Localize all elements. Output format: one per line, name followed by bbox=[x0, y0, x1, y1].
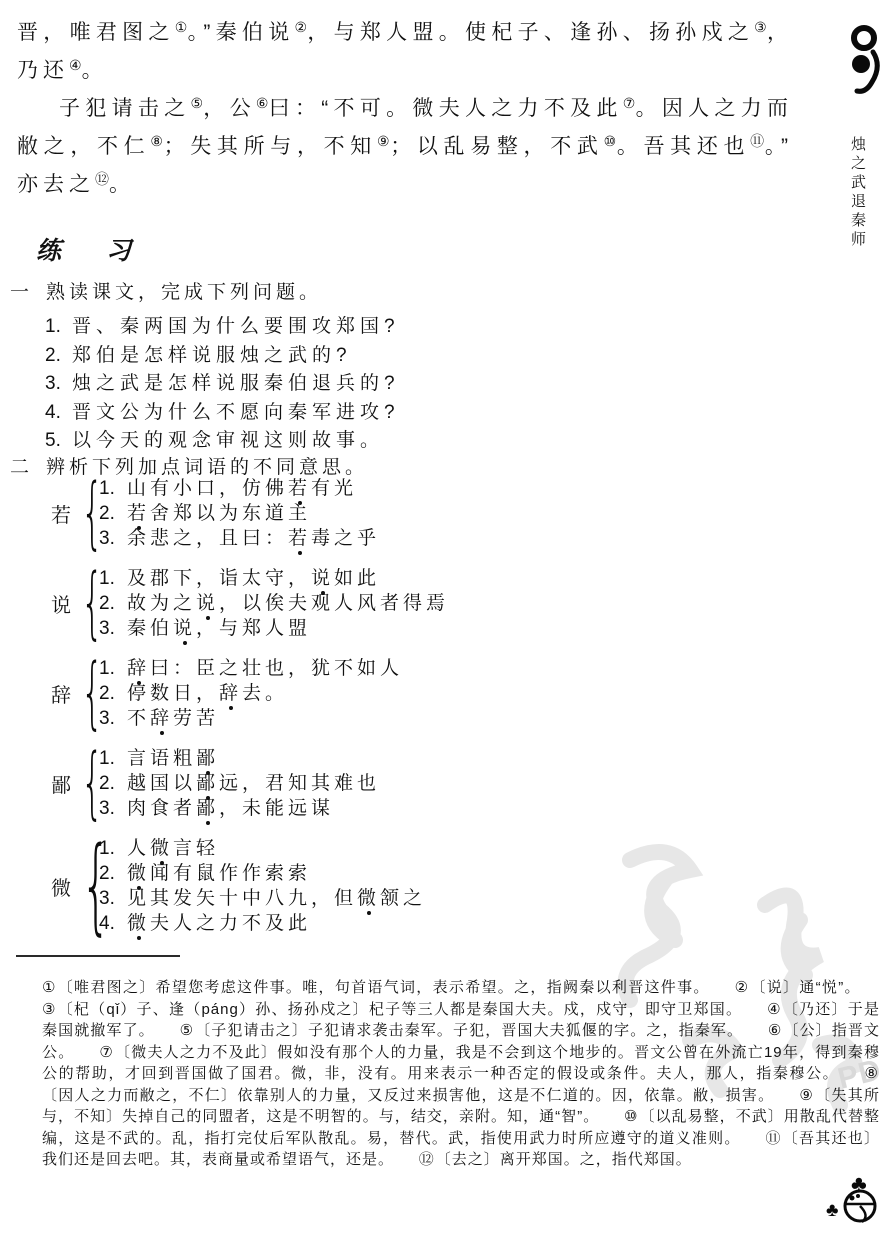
footnote-text: 〔子犯请击之〕子犯请求袭击秦军。子犯，晋国大夫狐偃的字。之，指秦军。 bbox=[195, 1022, 743, 1039]
group-item: 1. 人微言轻 bbox=[99, 836, 426, 861]
group-key-character: 若 bbox=[51, 499, 75, 528]
group-items: 1. 山有小口，仿佛若有光 2. 若舍郑以为东道主 3. 余悲之，且曰：若毒之乎 bbox=[97, 476, 380, 551]
group-key-character: 微 bbox=[51, 872, 75, 901]
word-group: 微 { 1. 人微言轻 2. 微闻有鼠作作索索 3. 见其发矢十中八九，但微颔之… bbox=[51, 836, 449, 936]
question-1-items: 1. 晋、秦两国为什么要围攻郑国? 2. 郑伯是怎样说服烛之武的? 3. 烛之武… bbox=[45, 313, 400, 456]
left-brace: { bbox=[81, 478, 91, 548]
exercise-item: 2. 郑伯是怎样说服烛之武的? bbox=[45, 342, 400, 371]
item-text: 晋文公为什么不愿向秦军进攻? bbox=[72, 399, 400, 428]
footnote-text: 〔微夫人之力不及此〕假如没有那个人的力量，我是不会到这个地步的。晋文公曾在外流亡… bbox=[42, 1044, 880, 1083]
group-items: 1. 及郡下，诣太守，说如此 2. 故为之说，以俟夫观人风者得焉 3. 秦伯说，… bbox=[97, 566, 449, 641]
club-icon: ♣ bbox=[826, 1200, 838, 1221]
exercise-item: 4. 晋文公为什么不愿向秦军进攻? bbox=[45, 399, 400, 428]
annotation-number: ⑫ bbox=[95, 171, 109, 187]
footnote-separator bbox=[16, 955, 180, 957]
exercise-item: 5. 以今天的观念审视这则故事。 bbox=[45, 427, 400, 456]
footnote-text: 〔因人之力而敝之，不仁〕依靠别人的力量，又反过来损害他，这是不仁道的。因，依靠。… bbox=[42, 1087, 774, 1104]
footnote-number: ⑫ bbox=[419, 1151, 435, 1168]
item-text: 余悲之，且曰：若毒之乎 bbox=[127, 526, 380, 551]
item-text: 及郡下，诣太守，说如此 bbox=[127, 566, 380, 591]
group-item: 3. 见其发矢十中八九，但微颔之 bbox=[99, 886, 426, 911]
emphasized-character: 鄙 bbox=[196, 796, 219, 821]
classical-paragraph-1: 晋，唯君图之①。”秦伯说②，与郑人盟。使杞子、逢孙、扬孙戍之③，乃还④。 bbox=[17, 14, 793, 90]
footnote-entry: ⑫〔去之〕离开郑国。之，指代郑国。 bbox=[419, 1151, 692, 1168]
footnote-number: ④ bbox=[767, 1001, 782, 1018]
group-key-character: 辞 bbox=[51, 679, 75, 708]
footnote-text: 〔说〕通“悦”。 bbox=[750, 979, 860, 996]
footnote-number: ② bbox=[735, 979, 750, 996]
footnotes: ①〔唯君图之〕希望您考虑这件事。唯，句首语气词，表示希望。之，指阙秦以利晋这件事… bbox=[42, 977, 880, 1171]
group-item: 1. 言语粗鄙 bbox=[99, 746, 380, 771]
footnote-number: ⑤ bbox=[180, 1022, 195, 1039]
group-item: 3. 不辞劳苦 bbox=[99, 706, 403, 731]
emphasized-character: 说 bbox=[196, 591, 219, 616]
group-item: 1. 山有小口，仿佛若有光 bbox=[99, 476, 380, 501]
calligraphy-ornament bbox=[845, 24, 883, 98]
emphasized-character: 微 bbox=[127, 861, 150, 886]
emphasized-character: 辞 bbox=[219, 681, 242, 706]
footnote-number: ⑪ bbox=[766, 1130, 782, 1147]
footnote-number: ① bbox=[42, 979, 57, 996]
word-comparison-groups: 若 { 1. 山有小口，仿佛若有光 2. 若舍郑以为东道主 3. 余悲之，且曰：… bbox=[51, 476, 449, 951]
item-text: 不辞劳苦 bbox=[127, 706, 219, 731]
emphasized-character: 说 bbox=[173, 616, 196, 641]
left-brace: { bbox=[81, 658, 91, 728]
emphasized-character: 辞 bbox=[127, 656, 150, 681]
group-item: 1. 辞曰：臣之壮也，犹不如人 bbox=[99, 656, 403, 681]
publisher-stamp: ♣ ♣ bbox=[824, 1174, 886, 1228]
group-item: 2. 停数日，辞去。 bbox=[99, 681, 403, 706]
footnote-number: ⑩ bbox=[624, 1108, 638, 1125]
annotation-number: ② bbox=[294, 19, 307, 35]
group-item: 1. 及郡下，诣太守，说如此 bbox=[99, 566, 449, 591]
footnote-number: ③ bbox=[42, 1001, 57, 1018]
group-item: 2. 越国以鄙远，君知其难也 bbox=[99, 771, 380, 796]
item-number: 4. bbox=[45, 399, 72, 428]
footnote-number: ⑧ bbox=[865, 1065, 879, 1082]
item-text: 晋、秦两国为什么要围攻郑国? bbox=[72, 313, 400, 342]
word-group: 辞 { 1. 辞曰：臣之壮也，犹不如人 2. 停数日，辞去。 3. 不辞劳苦 bbox=[51, 656, 449, 731]
emphasized-character: 说 bbox=[311, 566, 334, 591]
footnote-text: 〔杞（qǐ）子、逢（páng）孙、扬孙戍之〕杞子等三人都是秦国大夫。戍，戍守，即… bbox=[58, 1001, 743, 1018]
item-text: 见其发矢十中八九，但微颔之 bbox=[127, 886, 426, 911]
annotation-number: ⑪ bbox=[750, 133, 765, 149]
item-text: 肉食者鄙，未能远谋 bbox=[127, 796, 334, 821]
question-marker: 一 bbox=[10, 281, 46, 305]
group-item: 2. 微闻有鼠作作索索 bbox=[99, 861, 426, 886]
item-number: 5. bbox=[45, 427, 72, 456]
annotation-number: ⑧ bbox=[150, 133, 163, 149]
emphasized-character: 微 bbox=[357, 886, 380, 911]
group-key-character: 鄙 bbox=[51, 769, 75, 798]
group-items: 1. 辞曰：臣之壮也，犹不如人 2. 停数日，辞去。 3. 不辞劳苦 bbox=[97, 656, 403, 731]
exercise-item: 3. 烛之武是怎样说服秦伯退兵的? bbox=[45, 370, 400, 399]
group-item: 2. 故为之说，以俟夫观人风者得焉 bbox=[99, 591, 449, 616]
item-number: 1. bbox=[45, 313, 72, 342]
textbook-page: { "page": { "side_title": "烛之武退秦师", "wat… bbox=[0, 0, 889, 1238]
item-text: 微闻有鼠作作索索 bbox=[127, 861, 311, 886]
annotation-number: ③ bbox=[754, 19, 767, 35]
word-group: 若 { 1. 山有小口，仿佛若有光 2. 若舍郑以为东道主 3. 余悲之，且曰：… bbox=[51, 476, 449, 551]
item-text: 辞曰：臣之壮也，犹不如人 bbox=[127, 656, 403, 681]
group-item: 3. 肉食者鄙，未能远谋 bbox=[99, 796, 380, 821]
item-text: 微夫人之力不及此 bbox=[127, 911, 311, 936]
group-item: 2. 若舍郑以为东道主 bbox=[99, 501, 380, 526]
footnote-number: ⑥ bbox=[768, 1022, 783, 1039]
item-text: 山有小口，仿佛若有光 bbox=[127, 476, 357, 501]
item-number: 3. bbox=[45, 370, 72, 399]
item-text: 越国以鄙远，君知其难也 bbox=[127, 771, 380, 796]
footnote-entry: ⑤〔子犯请击之〕子犯请求袭击秦军。子犯，晋国大夫狐偃的字。之，指秦军。 bbox=[180, 1022, 743, 1039]
item-text: 言语粗鄙 bbox=[127, 746, 219, 771]
left-brace: { bbox=[81, 839, 91, 933]
emphasized-character: 辞 bbox=[150, 706, 173, 731]
left-brace: { bbox=[81, 748, 91, 818]
group-items: 1. 人微言轻 2. 微闻有鼠作作索索 3. 见其发矢十中八九，但微颔之 4. … bbox=[97, 836, 426, 936]
question-marker: 二 bbox=[10, 456, 46, 480]
footnote-text: 〔唯君图之〕希望您考虑这件事。唯，句首语气词，表示希望。之，指阙秦以利晋这件事。 bbox=[58, 979, 710, 996]
annotation-number: ⑤ bbox=[190, 95, 203, 111]
item-text: 停数日，辞去。 bbox=[127, 681, 288, 706]
footnote-number: ⑦ bbox=[99, 1044, 114, 1061]
emphasized-character: 若 bbox=[288, 526, 311, 551]
left-brace: { bbox=[81, 568, 91, 638]
annotation-number: ① bbox=[175, 19, 188, 35]
emphasized-character: 鄙 bbox=[196, 771, 219, 796]
emphasized-character: 鄙 bbox=[196, 746, 219, 771]
exercise-item: 1. 晋、秦两国为什么要围攻郑国? bbox=[45, 313, 400, 342]
group-item: 4. 微夫人之力不及此 bbox=[99, 911, 426, 936]
item-text: 若舍郑以为东道主 bbox=[127, 501, 311, 526]
item-number: 2. bbox=[45, 342, 72, 371]
annotation-number: ⑩ bbox=[604, 133, 617, 149]
footnote-text: 〔去之〕离开郑国。之，指代郑国。 bbox=[436, 1151, 692, 1168]
exercises-heading: 练 习 bbox=[36, 231, 141, 267]
classical-text: 晋，唯君图之①。”秦伯说②，与郑人盟。使杞子、逢孙、扬孙戍之③，乃还④。 子犯请… bbox=[17, 14, 793, 204]
question-title: 熟读课文，完成下列问题。 bbox=[46, 281, 322, 305]
footnote-entry: ⑦〔微夫人之力不及此〕假如没有那个人的力量，我是不会到这个地步的。晋文公曾在外流… bbox=[42, 1044, 880, 1083]
footnote-entry: ②〔说〕通“悦”。 bbox=[735, 979, 861, 996]
annotation-number: ④ bbox=[69, 57, 82, 73]
group-key-character: 说 bbox=[51, 589, 75, 618]
item-text: 郑伯是怎样说服烛之武的? bbox=[72, 342, 352, 371]
word-group: 说 { 1. 及郡下，诣太守，说如此 2. 故为之说，以俟夫观人风者得焉 3. … bbox=[51, 566, 449, 641]
footnote-entry: ③〔杞（qǐ）子、逢（páng）孙、扬孙戍之〕杞子等三人都是秦国大夫。戍，戍守，… bbox=[42, 1001, 742, 1018]
emphasized-character: 若 bbox=[288, 476, 311, 501]
item-text: 以今天的观念审视这则故事。 bbox=[72, 427, 384, 456]
question-row: 一 熟读课文，完成下列问题。 bbox=[10, 281, 400, 305]
footnote-entry: ①〔唯君图之〕希望您考虑这件事。唯，句首语气词，表示希望。之，指阙秦以利晋这件事… bbox=[42, 979, 710, 996]
classical-paragraph-2: 子犯请击之⑤，公⑥曰：“不可。微夫人之力不及此⑦。因人之力而敝之，不仁⑧；失其所… bbox=[17, 90, 793, 204]
annotation-number: ⑨ bbox=[377, 133, 390, 149]
item-text: 故为之说，以俟夫观人风者得焉 bbox=[127, 591, 449, 616]
item-text: 人微言轻 bbox=[127, 836, 219, 861]
group-item: 3. 余悲之，且曰：若毒之乎 bbox=[99, 526, 380, 551]
item-text: 秦伯说，与郑人盟 bbox=[127, 616, 311, 641]
word-group: 鄙 { 1. 言语粗鄙 2. 越国以鄙远，君知其难也 3. 肉食者鄙，未能远谋 bbox=[51, 746, 449, 821]
emphasized-character: 若 bbox=[127, 501, 150, 526]
group-item: 3. 秦伯说，与郑人盟 bbox=[99, 616, 449, 641]
emphasized-character: 微 bbox=[127, 911, 150, 936]
annotation-number: ⑦ bbox=[623, 95, 636, 111]
emphasized-character: 微 bbox=[150, 836, 173, 861]
exercise-question-1: 一 熟读课文，完成下列问题。 1. 晋、秦两国为什么要围攻郑国? 2. 郑伯是怎… bbox=[10, 281, 400, 456]
annotation-number: ⑥ bbox=[256, 95, 269, 111]
group-items: 1. 言语粗鄙 2. 越国以鄙远，君知其难也 3. 肉食者鄙，未能远谋 bbox=[97, 746, 380, 821]
footnote-number: ⑨ bbox=[799, 1087, 814, 1104]
chapter-title-vertical: 烛之武退秦师 bbox=[847, 136, 868, 250]
item-text: 烛之武是怎样说服秦伯退兵的? bbox=[72, 370, 400, 399]
